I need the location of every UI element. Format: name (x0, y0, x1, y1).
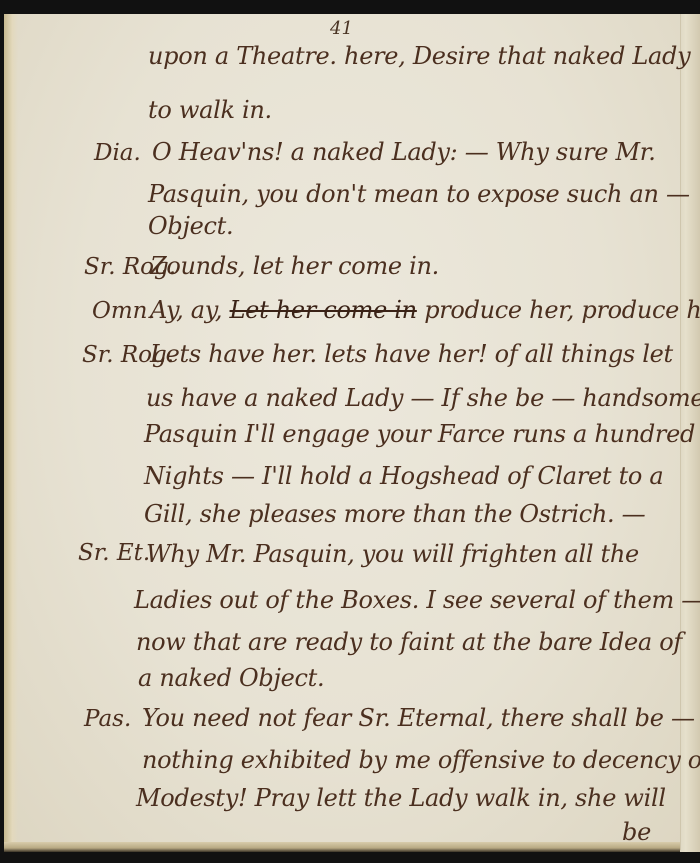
page-number: 41 (330, 18, 353, 39)
speaker-label: Pas. (84, 706, 131, 732)
struck-through-text: Let her come in (230, 296, 417, 324)
page-binding-edge (4, 14, 18, 850)
manuscript-line: nothing exhibited by me offensive to dec… (142, 746, 700, 774)
manuscript-line: now that are ready to faint at the bare … (136, 628, 682, 656)
manuscript-line: Object. (148, 212, 233, 240)
manuscript-line: to walk in. (148, 96, 272, 124)
manuscript-line: a naked Object. (138, 664, 324, 692)
manuscript-line: Nights — I'll hold a Hogshead of Claret … (144, 462, 663, 490)
manuscript-line: Gill, she pleases more than the Ostrich.… (144, 500, 645, 528)
line-text: produce her, produce her. (424, 296, 700, 324)
manuscript-line: Ay, ay, Let her come in produce her, pro… (150, 296, 700, 324)
speaker-label: Sr. Et. (78, 540, 150, 566)
manuscript-line: Why Mr. Pasquin, you will frighten all t… (146, 540, 639, 568)
manuscript-line: Pasquin, you don't mean to expose such a… (148, 180, 690, 208)
manuscript-line: us have a naked Lady — If she be — hands… (146, 384, 700, 412)
manuscript-line: Pasquin I'll engage your Farce runs a hu… (144, 420, 695, 448)
speaker-label: Dia. (94, 140, 141, 166)
manuscript-line: Modesty! Pray lett the Lady walk in, she… (136, 784, 666, 812)
manuscript-line: You need not fear Sr. Eternal, there sha… (142, 704, 695, 732)
manuscript-line: Ladies out of the Boxes. I see several o… (134, 586, 700, 614)
manuscript-line: Zounds, let her come in. (150, 252, 439, 280)
line-text: Ay, ay, (150, 296, 222, 324)
speaker-label: Omn. (92, 298, 155, 324)
manuscript-line: Lets have her. lets have her! of all thi… (150, 340, 673, 368)
catchword: be (622, 818, 651, 846)
page-bottom-edge (4, 842, 680, 852)
manuscript-line: upon a Theatre. here, Desire that naked … (148, 42, 690, 70)
manuscript-line: O Heav'ns! a naked Lady: — Why sure Mr. (152, 138, 656, 166)
